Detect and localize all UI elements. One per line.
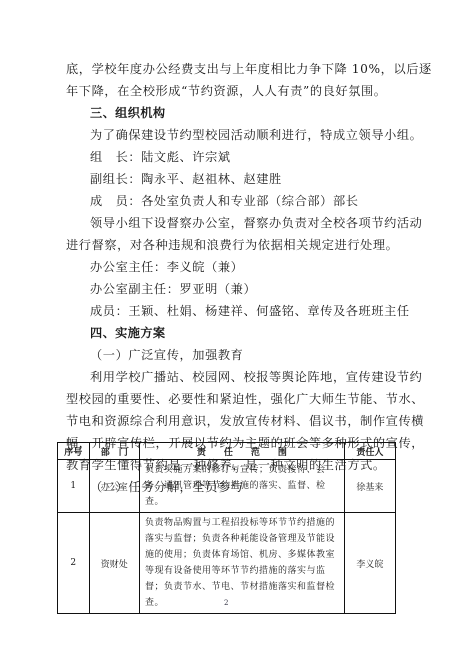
section-heading: 三、组织机构 (90, 106, 166, 120)
cell-no: 2 (58, 513, 90, 614)
office-members-line: 成员：王颖、杜娟、杨建祥、何盛铭、章传及各班班主任 (90, 304, 410, 318)
cell-owner: 李义皖 (344, 513, 395, 614)
section-heading: 四、实施方案 (90, 326, 166, 340)
leader-line: 组 长：陆文彪、许宗斌 (90, 150, 231, 164)
table-header-row: 序号 部 门 责 任 范 围 责任人 (58, 443, 396, 460)
cell-scope: 负责物品购置与工程招投标等环节节约措施的落实与监督；负责各种耗能设备管理及节能设… (140, 513, 345, 614)
office-deputy-line: 办公室副主任：罗亚明（兼） (90, 282, 256, 296)
page-number: 2 (224, 599, 228, 607)
header-dept: 部 门 (89, 443, 139, 460)
header-owner: 责任人 (344, 443, 395, 460)
paragraph-line: 年下降，在全校形成“节约资源，人人有责”的良好氛围。 (66, 84, 387, 98)
cell-scope: 负责实施方案的修订与宣传；负责接待、会务、通讯管理等节约措施的落实、监督、检查。 (140, 460, 345, 513)
cell-no: 1 (58, 460, 90, 513)
paragraph-line: 型校园的重要性、必要性和紧迫性，强化广大师生节能、节水、 (66, 392, 424, 406)
cell-dept: 办公室 (89, 460, 139, 513)
paragraph-line: 底，学校年度办公经费支出与上年度相比力争下降 10%，以后逐 (66, 62, 432, 76)
cell-owner: 徐基来 (344, 460, 395, 513)
deputy-leader-line: 副组长：陶永平、赵祖林、赵建胜 (90, 172, 282, 186)
paragraph-line: 利用学校广播站、校园网、校报等舆论阵地，宣传建设节约 (90, 370, 422, 384)
paragraph-line: 为了确保建设节约型校园活动顺利进行，特成立领导小组。 (90, 128, 422, 142)
paragraph-line: 节电和资源综合利用意识，发放宣传材料、倡议书，制作宣传横 (66, 414, 424, 428)
header-scope: 责 任 范 围 (140, 443, 345, 460)
office-director-line: 办公室主任：李义皖（兼） (90, 260, 243, 274)
cell-dept: 资财处 (89, 513, 139, 614)
table-row: 1 办公室 负责实施方案的修订与宣传；负责接待、会务、通讯管理等节约措施的落实、… (58, 460, 396, 513)
paragraph-line: 领导小组下设督察办公室，督察办负责对全校各项节约活动 (90, 216, 422, 230)
task-table: 序号 部 门 责 任 范 围 责任人 1 办公室 负责实施方案的修订与宣传；负责… (57, 442, 396, 614)
header-no: 序号 (58, 443, 90, 460)
subsection-heading: （一）广泛宣传，加强教育 (90, 348, 243, 362)
members-line: 成 员：各处室负责人和专业部（综合部）部长 (90, 194, 359, 208)
paragraph-line: 进行督察，对各种违规和浪费行为依据相关规定进行处理。 (66, 238, 398, 252)
